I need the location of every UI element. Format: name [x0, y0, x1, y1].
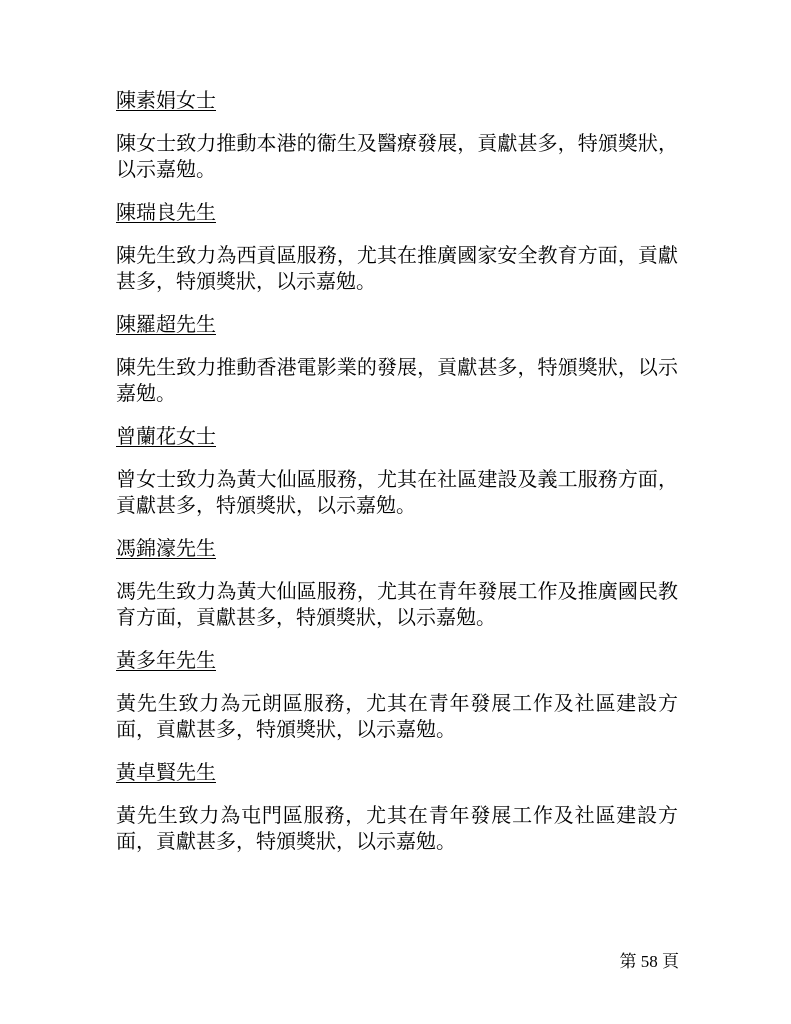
document-page: 陳素娟女士 陳女士致力推動本港的衞生及醫療發展，貢獻甚多，特頒獎狀，以示嘉勉。 …	[0, 0, 791, 1024]
award-entry: 曾蘭花女士 曾女士致力為黃大仙區服務，尤其在社區建設及義工服務方面，貢獻甚多，特…	[116, 424, 678, 519]
awardee-name-heading: 陳羅超先生	[116, 312, 678, 338]
awardee-name-heading: 曾蘭花女士	[116, 424, 678, 450]
awardee-name-heading: 馮錦濠先生	[116, 536, 678, 562]
awardee-citation: 馮先生致力為黃大仙區服務，尤其在青年發展工作及推廣國民教育方面，貢獻甚多，特頒獎…	[116, 579, 678, 631]
award-entry: 陳瑞良先生 陳先生致力為西貢區服務，尤其在推廣國家安全教育方面，貢獻甚多，特頒獎…	[116, 200, 678, 295]
awardee-citation: 陳女士致力推動本港的衞生及醫療發展，貢獻甚多，特頒獎狀，以示嘉勉。	[116, 131, 678, 183]
awardee-name-heading: 陳素娟女士	[116, 88, 678, 114]
awardee-name-heading: 黃多年先生	[116, 648, 678, 674]
award-entry: 黃卓賢先生 黃先生致力為屯門區服務，尤其在青年發展工作及社區建設方面，貢獻甚多，…	[116, 760, 678, 855]
awardee-citation: 黃先生致力為屯門區服務，尤其在青年發展工作及社區建設方面，貢獻甚多，特頒獎狀，以…	[116, 803, 678, 855]
awardee-citation: 曾女士致力為黃大仙區服務，尤其在社區建設及義工服務方面，貢獻甚多，特頒獎狀，以示…	[116, 467, 678, 519]
awardee-citation: 黃先生致力為元朗區服務，尤其在青年發展工作及社區建設方面，貢獻甚多，特頒獎狀，以…	[116, 691, 678, 743]
award-entry: 陳素娟女士 陳女士致力推動本港的衞生及醫療發展，貢獻甚多，特頒獎狀，以示嘉勉。	[116, 88, 678, 183]
award-entry: 馮錦濠先生 馮先生致力為黃大仙區服務，尤其在青年發展工作及推廣國民教育方面，貢獻…	[116, 536, 678, 631]
award-entry: 黃多年先生 黃先生致力為元朗區服務，尤其在青年發展工作及社區建設方面，貢獻甚多，…	[116, 648, 678, 743]
page-number: 第 58 頁	[620, 951, 680, 973]
awardee-name-heading: 黃卓賢先生	[116, 760, 678, 786]
award-entry: 陳羅超先生 陳先生致力推動香港電影業的發展，貢獻甚多，特頒獎狀，以示嘉勉。	[116, 312, 678, 407]
awardee-citation: 陳先生致力推動香港電影業的發展，貢獻甚多，特頒獎狀，以示嘉勉。	[116, 355, 678, 407]
awardee-citation: 陳先生致力為西貢區服務，尤其在推廣國家安全教育方面，貢獻甚多，特頒獎狀，以示嘉勉…	[116, 243, 678, 295]
document-body: 陳素娟女士 陳女士致力推動本港的衞生及醫療發展，貢獻甚多，特頒獎狀，以示嘉勉。 …	[116, 88, 678, 872]
awardee-name-heading: 陳瑞良先生	[116, 200, 678, 226]
